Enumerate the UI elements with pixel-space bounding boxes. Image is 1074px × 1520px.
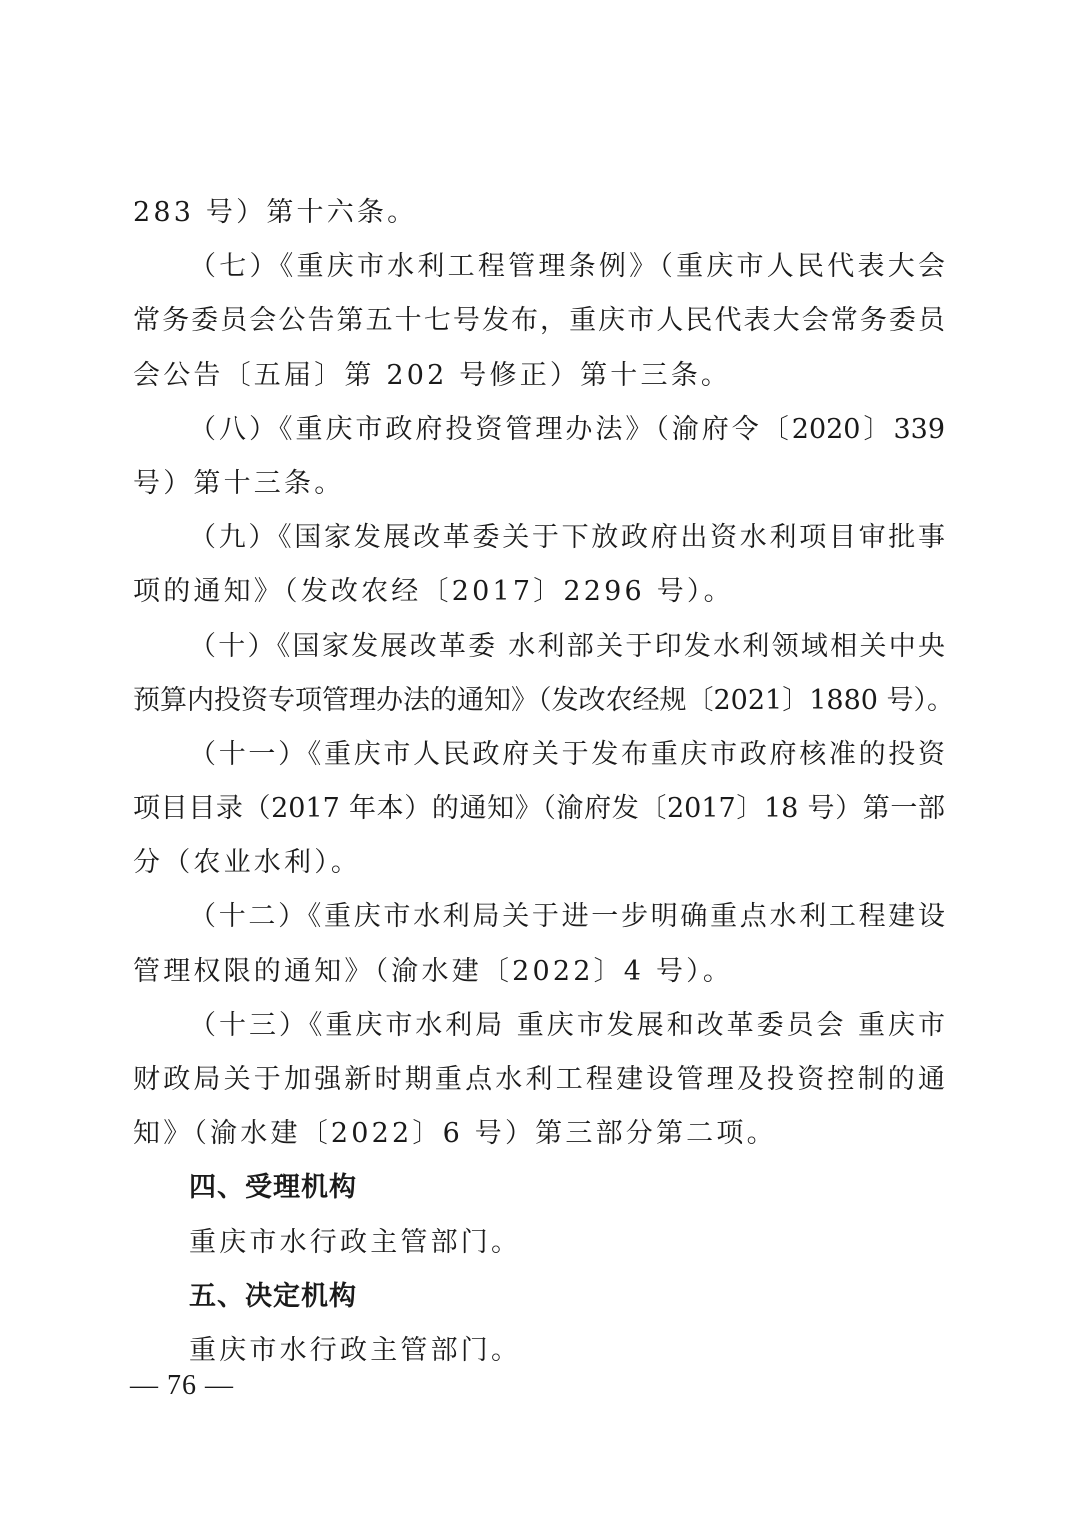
section-heading-deciding-authority: 五、决定机构: [133, 1270, 945, 1324]
text-line: 283 号）第十六条。: [133, 186, 945, 240]
text-line: （十）《国家发展改革委 水利部关于印发水利领域相关中央: [133, 620, 945, 674]
text-line: 分（农业水利）。: [133, 836, 945, 890]
section-heading-accepting-authority: 四、受理机构: [133, 1161, 945, 1215]
text-line: （九）《国家发展改革委关于下放政府出资水利项目审批事: [133, 511, 945, 565]
text-line: 知》（渝水建〔2022〕6 号）第三部分第二项。: [133, 1107, 945, 1161]
text-line: 重庆市水行政主管部门。: [133, 1324, 945, 1378]
text-line: （十三）《重庆市水利局 重庆市发展和改革委员会 重庆市: [133, 999, 945, 1053]
text-line: 常务委员会公告第五十七号发布，重庆市人民代表大会常务委员: [133, 294, 945, 348]
text-line: 管理权限的通知》（渝水建〔2022〕4 号）。: [133, 945, 945, 999]
text-line: 预算内投资专项管理办法的通知》（发改农经规〔2021〕1880 号）。: [133, 674, 945, 728]
text-line: 重庆市水行政主管部门。: [133, 1216, 945, 1270]
page-number: — 76 —: [130, 1370, 234, 1402]
text-line: 项目目录（2017 年本）的通知》（渝府发〔2017〕18 号）第一部: [133, 782, 945, 836]
text-line: （八）《重庆市政府投资管理办法》（渝府令〔2020〕339: [133, 403, 945, 457]
document-page: 283 号）第十六条。 （七）《重庆市水利工程管理条例》（重庆市人民代表大会 常…: [133, 186, 945, 1378]
text-line: 会公告〔五届〕第 202 号修正）第十三条。: [133, 349, 945, 403]
text-line: 财政局关于加强新时期重点水利工程建设管理及投资控制的通: [133, 1053, 945, 1107]
text-line: （十二）《重庆市水利局关于进一步明确重点水利工程建设: [133, 890, 945, 944]
text-line: （七）《重庆市水利工程管理条例》（重庆市人民代表大会: [133, 240, 945, 294]
text-line: 号）第十三条。: [133, 457, 945, 511]
text-line: 项的通知》（发改农经〔2017〕2296 号）。: [133, 565, 945, 619]
text-line: （十一）《重庆市人民政府关于发布重庆市政府核准的投资: [133, 728, 945, 782]
